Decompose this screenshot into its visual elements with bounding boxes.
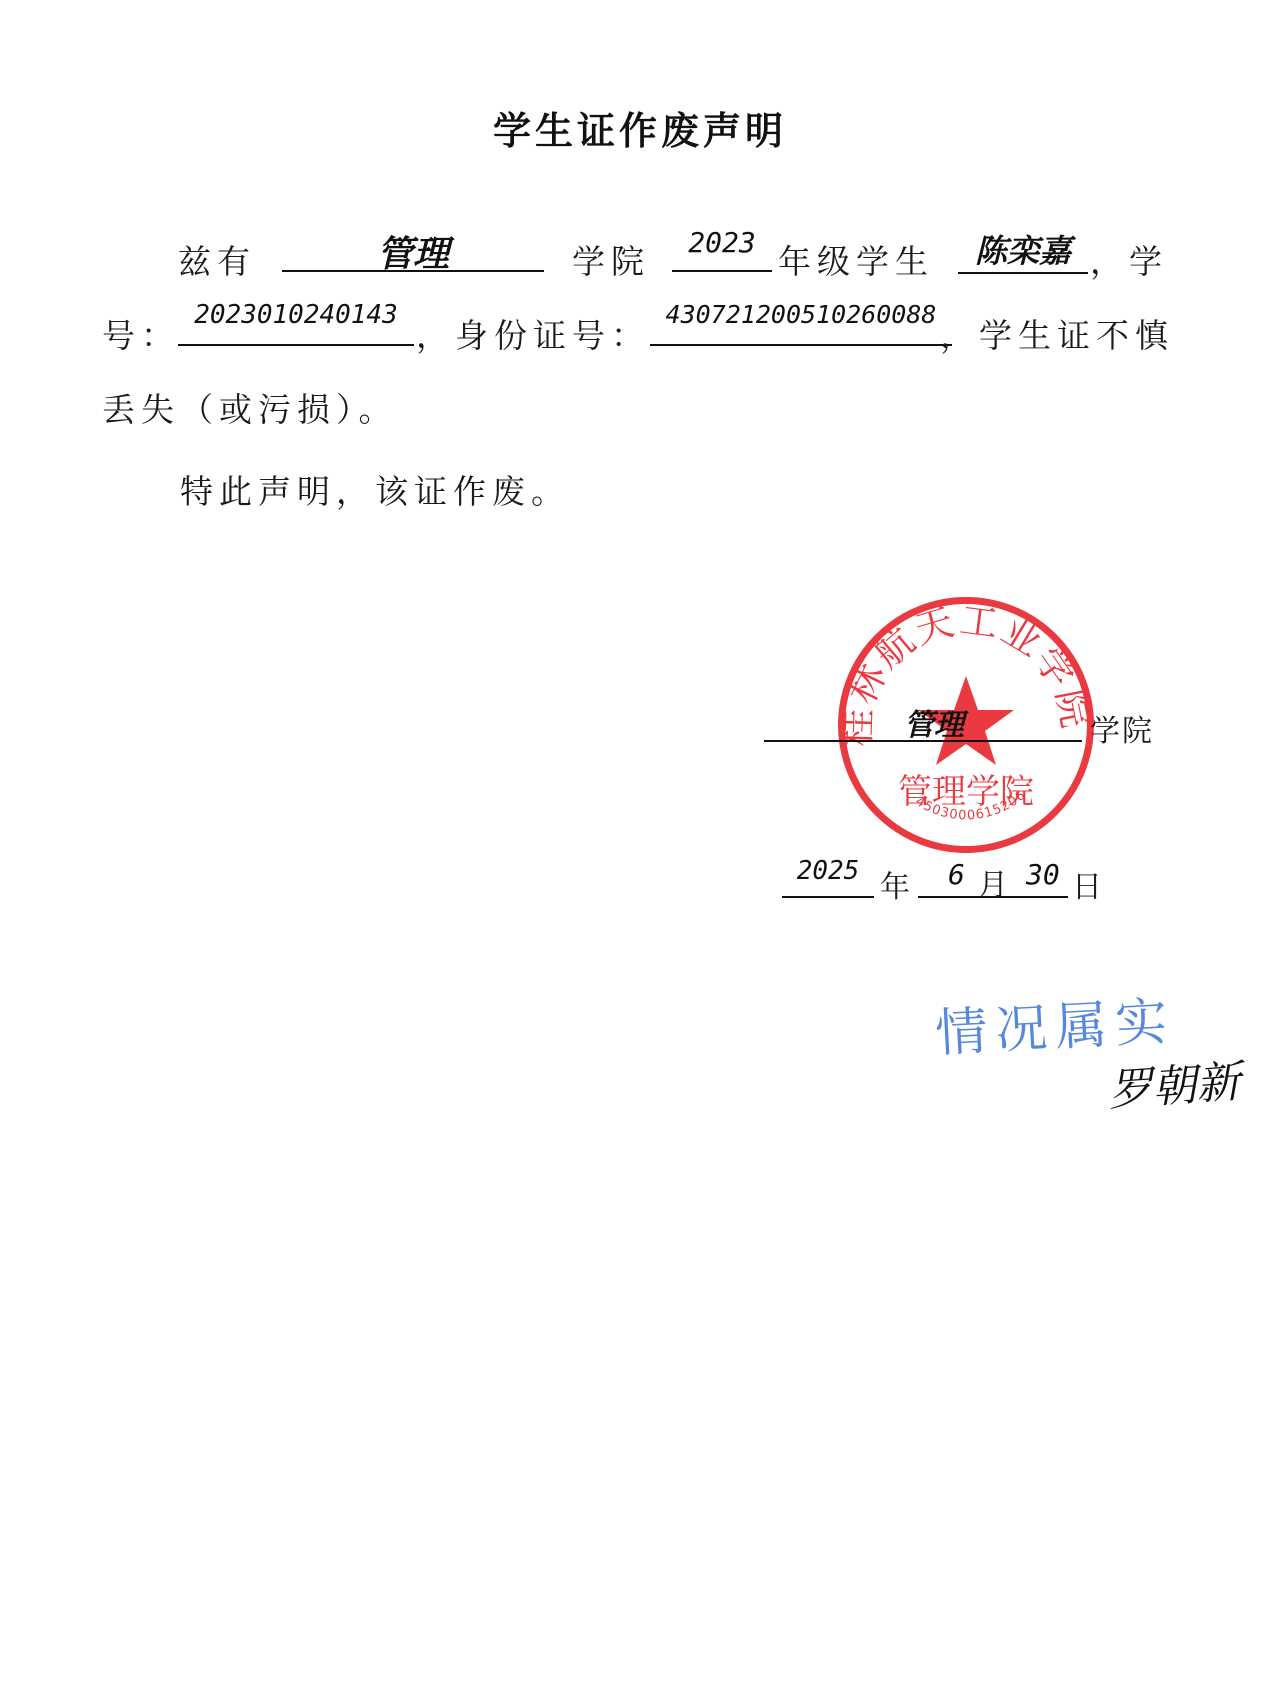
year-field: 2025	[782, 858, 874, 898]
signature-college-value: 管理	[904, 700, 964, 744]
declaration-page: 学生证作废声明 兹有 管理 学院 2023 年级学生 陈栾嘉 ，学 号： 202…	[0, 0, 1280, 1707]
year-label: 年	[880, 862, 916, 906]
seal-center-text: 管理学院	[845, 764, 1087, 813]
id-number-label: ，身份证号：	[416, 310, 650, 357]
student-id-value: 2023010240143	[194, 300, 398, 330]
year-value: 2025	[797, 856, 860, 886]
college-field: 管理	[282, 228, 544, 272]
grade-value: 2023	[688, 226, 755, 259]
id-number-value: 430721200510260088	[666, 300, 937, 329]
student-name: 陈栾嘉	[975, 232, 1071, 270]
college-value: 管理	[377, 234, 449, 275]
approver-signature: 罗朝新	[1106, 1045, 1242, 1118]
document-title: 学生证作废声明	[0, 100, 1280, 155]
signature-college-suffix: 学院	[1090, 706, 1154, 750]
grade-suffix: 年级学生	[778, 236, 934, 283]
line2-trailing: ，学生证不慎	[940, 310, 1174, 357]
line1-trailing: ，学	[1090, 236, 1168, 283]
month-label: 月	[978, 860, 1014, 904]
month-day-field: 6 月 30	[918, 858, 1068, 898]
month-value: 6	[948, 858, 965, 891]
id-number-field: 430721200510260088	[650, 302, 952, 346]
grade-field: 2023	[672, 228, 772, 272]
loss-statement: 丢失（或污损）。	[102, 384, 398, 431]
void-declaration: 特此声明，该证作废。	[180, 466, 570, 513]
student-name-field: 陈栾嘉	[958, 228, 1088, 274]
day-label: 日	[1072, 862, 1108, 906]
signature-college-field: 管理	[764, 700, 1082, 742]
student-id-label: 号：	[102, 310, 180, 357]
student-id-field: 2023010240143	[178, 302, 414, 346]
college-suffix: 学院	[572, 236, 650, 283]
line-prefix: 兹有	[178, 236, 256, 283]
day-value: 30	[1026, 858, 1060, 891]
